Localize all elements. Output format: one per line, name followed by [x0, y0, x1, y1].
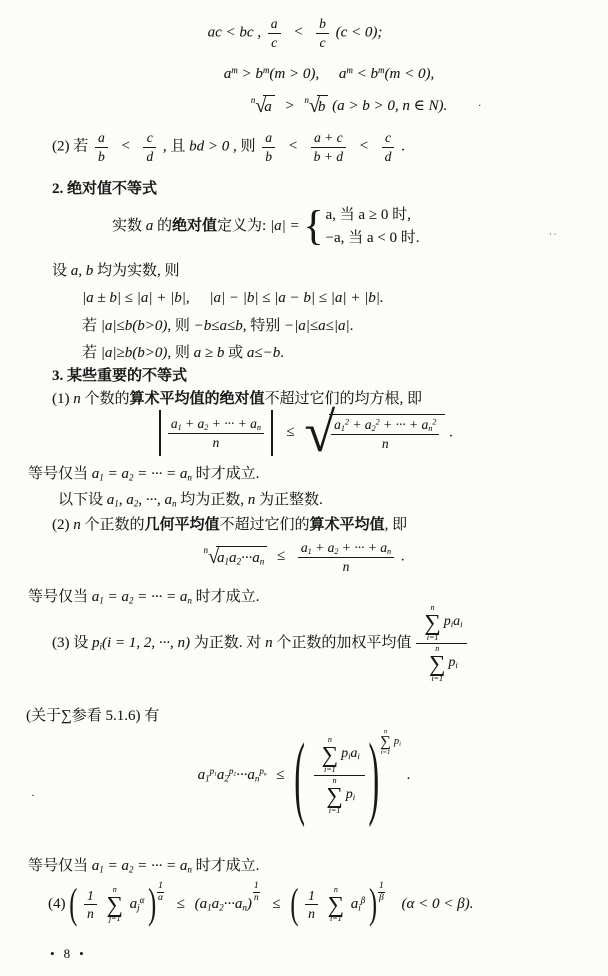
text: , 即 [385, 517, 408, 533]
text: 以下设 [58, 492, 107, 508]
book-page: ac < bc , ac < bc (c < 0); am > bm(m > 0… [0, 0, 608, 976]
item-label: (3) 设 [52, 635, 92, 651]
fraction: ab [262, 130, 275, 164]
emphasized-term: 算术平均值 [310, 517, 385, 533]
emphasized-term: 几何平均值 [145, 517, 220, 533]
period: . [280, 345, 284, 361]
formula-weighted-power-mean: a1p1a2p2···anpn ≤ ( n∑i=1piai n∑i=1pi )n… [0, 736, 608, 815]
variable: n [73, 391, 81, 407]
relation-symbol: < [121, 138, 131, 154]
sum-lower-limit: i=1 [324, 766, 336, 774]
sum-body: piai [444, 613, 463, 632]
summation: n∑i=1 [424, 604, 440, 642]
sum-body: aiβ [351, 896, 366, 912]
expr-text: |a| − |b| ≤ |a − b| ≤ |a| + |b|. [209, 290, 383, 306]
heading-text: 2. 绝对值不等式 [52, 181, 157, 197]
relation-symbol: < [293, 24, 303, 40]
expr-text: am > bm(m > 0), [224, 66, 319, 82]
text: 等号仅当 [28, 858, 92, 874]
right-paren-icon: ) [369, 884, 377, 926]
expr-text: am < bm(m < 0), [339, 66, 434, 82]
numerator: 1 [253, 881, 260, 893]
expr-text: (a1a2···an) [195, 896, 252, 912]
text: 实数 [112, 218, 146, 234]
denominator: β [379, 893, 384, 904]
text-let-a-b-real: 设 a, b 均为实数, 则 [52, 261, 180, 281]
condition-text: (α < 0 < β). [402, 896, 474, 912]
relation-symbol: < [359, 138, 369, 154]
summation: n∑i=1 [328, 886, 344, 924]
fraction: 1n [84, 888, 97, 922]
text: , 特别 [243, 318, 284, 334]
heading-text: 3. 某些重要的不等式 [52, 368, 187, 384]
text-arithmetic-mean-rms: (1) n 个数的算术平均值的绝对值不超过它们的均方根, 即 [52, 389, 422, 409]
sum-lower-limit: i=1 [381, 750, 390, 757]
text: 均为实数, 则 [93, 263, 179, 279]
text-assume-positive: 以下设 a1, a2, ···, an 均为正数, n 为正整数. [58, 490, 323, 510]
numerator: n∑i=1piai [314, 736, 365, 776]
expr-text: |a| = [270, 218, 300, 234]
sum-body: piai [341, 745, 360, 764]
expr-text: |a|≤b(b>0) [101, 318, 168, 334]
abs-bar [159, 410, 161, 456]
text: 定义为: [217, 218, 270, 234]
expr-text: |a ± b| ≤ |a| + |b|, [82, 290, 190, 306]
expr-text: (a > b > 0, n ∈ N). [332, 98, 447, 114]
numerator: n∑i=1piai [416, 604, 467, 644]
brace-icon: { [303, 204, 323, 250]
formula-triangle-inequality: |a ± b| ≤ |a| + |b|, |a| − |b| ≤ |a − b|… [82, 288, 384, 308]
right-paren-icon: ) [148, 884, 156, 926]
sum-body: pi [448, 654, 457, 673]
sigma-icon: ∑ [322, 744, 338, 766]
scan-speck: ·· [549, 230, 558, 239]
abs-bar [271, 410, 273, 456]
relation-symbol: < [288, 138, 298, 154]
section-heading-absolute-value: 2. 绝对值不等式 [52, 179, 157, 199]
formula-mediant-inequality: (2) 若 ab < cd , 且 bd > 0 , 则 ab < a + cb… [52, 130, 405, 164]
formula-power-mean-inequality: (4) ( 1n n∑j=1 ajα )1α ≤ (a1a2···an)1n ≤… [48, 881, 473, 923]
numerator: b [316, 16, 329, 34]
period: . [350, 318, 354, 334]
variable: n [73, 517, 81, 533]
summation: n∑i=1 [380, 729, 391, 756]
relation-symbol: ≤ [272, 896, 280, 912]
formula-sign-rule: ac < bc , ac < bc (c < 0); [0, 16, 608, 50]
sigma-icon: ∑ [61, 708, 72, 724]
text: 均为正数, [177, 492, 248, 508]
radicand: a [263, 95, 275, 117]
formula-powers: am > bm(m > 0), am < bm(m < 0), [0, 64, 608, 84]
denominator: c [316, 34, 329, 51]
period: . [449, 424, 453, 440]
exponent-fraction: 1α [157, 881, 164, 904]
expr-text: |a|≥b(b>0) [101, 345, 168, 361]
period: . [407, 767, 411, 783]
scan-speck: · [31, 790, 35, 802]
expr-text: a1 = a2 = ··· = an [92, 589, 192, 605]
fraction: a1 + a2 + ··· + ann [168, 416, 264, 450]
emphasized-term: 算术平均值的绝对值 [130, 391, 265, 407]
denominator: d [143, 148, 156, 165]
numerator: 1 [84, 888, 97, 906]
expr-text: −|a|≤a≤|a| [284, 318, 350, 334]
formula-abs-le: 若 |a|≤b(b>0), 则 −b≤a≤b, 特别 −|a|≤a≤|a|. [82, 316, 353, 336]
item-label: (2) 若 [52, 138, 88, 154]
nth-root: n√b [304, 98, 328, 114]
text: , 则 [167, 318, 193, 334]
radicand: a12 + a22 + ··· + an2n [329, 414, 445, 451]
sum-body: pi [346, 786, 355, 805]
denominator: n [168, 434, 264, 451]
expr-text: a1 = a2 = ··· = an [92, 858, 192, 874]
text: 等号仅当 [28, 466, 92, 482]
formula-absolute-value-definition: 实数 a 的绝对值定义为: |a| = {a, 当 a ≥ 0 时,−a, 当 … [112, 204, 420, 249]
footer-dot: • [50, 946, 55, 961]
text: 等号仅当 [28, 589, 92, 605]
text: 个正数的加权平均值 [273, 635, 412, 651]
sigma-icon: ∑ [429, 653, 445, 675]
scan-speck: · [478, 101, 481, 112]
numerator: a1 + a2 + ··· + an [168, 416, 264, 434]
fraction: a12 + a22 + ··· + an2n [331, 417, 439, 451]
expr-text: a ≥ b [194, 345, 225, 361]
summation: n∑i=1 [429, 645, 445, 683]
expr-text: (c < 0); [336, 24, 383, 40]
fraction: cd [143, 130, 156, 164]
footer-number: 8 [64, 946, 71, 961]
text: 若 [82, 345, 101, 361]
numerator: a [262, 130, 275, 148]
sum-lower-limit: i=1 [330, 915, 342, 923]
sigma-icon: ∑ [326, 785, 342, 807]
item-label: (4) [48, 896, 66, 912]
text: 个正数的 [81, 517, 145, 533]
item-label: (1) [52, 391, 73, 407]
exponent-fraction: 1β [378, 881, 385, 904]
text: 参看 5.1.6) 有 [72, 708, 160, 724]
expr-text: −b≤a≤b [194, 318, 243, 334]
formula-abs-ge: 若 |a|≥b(b>0), 则 a ≥ b 或 a≤−b. [82, 343, 284, 363]
numerator: 1 [157, 881, 164, 893]
fraction: bc [316, 16, 329, 50]
variable: n [265, 635, 273, 651]
nth-root: n√a [251, 98, 275, 114]
numerator: c [382, 130, 395, 148]
numerator: a12 + a22 + ··· + an2 [331, 417, 439, 435]
denominator: n∑i=1pi [323, 776, 355, 815]
text: 不超过它们的 [220, 517, 310, 533]
sigma-icon: ∑ [328, 894, 344, 916]
exponent-fraction: 1n [253, 881, 260, 904]
fraction: ab [95, 130, 108, 164]
weighted-mean-fraction: n∑i=1piai n∑i=1pi [314, 736, 365, 815]
fraction: ac [268, 16, 281, 50]
denominator: n [331, 435, 439, 452]
page-number: •8• [50, 945, 84, 963]
text-run: (3) 设 pi(i = 1, 2, ···, n) 为正数. 对 n 个正数的… [52, 633, 411, 653]
denominator: c [268, 34, 281, 51]
text: 或 [224, 345, 247, 361]
text: (关于 [26, 708, 61, 724]
expr-text: a≤−b [247, 345, 280, 361]
period: . [401, 548, 405, 564]
relation-symbol: ≤ [277, 548, 285, 564]
numerator: a [268, 16, 281, 34]
denominator: n [84, 905, 97, 922]
numerator: a1 + a2 + ··· + an [298, 540, 394, 558]
expr-text: a1p1a2p2···anpn [198, 767, 267, 783]
formula-gm-am: n√a1a2···an ≤ a1 + a2 + ··· + ann . [0, 540, 608, 574]
text-weighted-mean: (3) 设 pi(i = 1, 2, ···, n) 为正数. 对 n 个正数的… [52, 604, 600, 683]
relation-symbol: ≤ [286, 424, 294, 440]
expr-text: bd > 0 [189, 138, 229, 154]
period: . [401, 138, 405, 154]
sum-body: ajα [130, 896, 145, 912]
sum-lower-limit: i=1 [329, 807, 341, 815]
text: 为正整数. [255, 492, 323, 508]
left-paren-icon: ( [69, 884, 77, 926]
relation-symbol: ≤ [177, 896, 185, 912]
sigma-icon: ∑ [380, 735, 391, 749]
text: 个数的 [81, 391, 130, 407]
radicand: b [317, 95, 329, 117]
text-gm-am: (2) n 个正数的几何平均值不超过它们的算术平均值, 即 [52, 515, 407, 535]
fraction: a + cb + d [311, 130, 346, 164]
text-equality-condition: 等号仅当 a1 = a2 = ··· = an 时才成立. [28, 464, 259, 484]
denominator: n [254, 893, 259, 904]
denominator: b + d [311, 148, 346, 165]
numerator: 1 [305, 888, 318, 906]
fraction: 1n [305, 888, 318, 922]
case-row: −a, 当 a < 0 时. [326, 227, 420, 250]
text: 时才成立. [192, 466, 260, 482]
footer-dot: • [79, 946, 84, 961]
text: 的 [153, 218, 172, 234]
text: 不超过它们的均方根, 即 [265, 391, 423, 407]
sum-lower-limit: j=1 [109, 915, 121, 923]
text: 为正数. 对 [190, 635, 265, 651]
formula-roots: n√a > n√b (a > b > 0, n ∈ N). [0, 93, 608, 120]
expr-text: pi(i = 1, 2, ···, n) [92, 635, 190, 651]
numerator: a [95, 130, 108, 148]
fraction: a1 + a2 + ··· + ann [298, 540, 394, 574]
text: , 则 [233, 138, 256, 154]
summation: n∑j=1 [107, 886, 123, 924]
left-paren-icon: ( [290, 884, 298, 926]
relation-symbol: > [285, 98, 295, 114]
denominator: b [95, 148, 108, 165]
weighted-mean-fraction: n∑i=1piai n∑i=1pi [416, 604, 467, 683]
section-heading-important-inequalities: 3. 某些重要的不等式 [52, 366, 187, 386]
text: 若 [82, 318, 101, 334]
exponent-sum: n∑i=1pi [377, 729, 401, 756]
numerator: 1 [378, 881, 385, 893]
denominator: b [262, 148, 275, 165]
text: 设 [52, 263, 71, 279]
text: 时才成立. [192, 858, 260, 874]
expr-text: a, b [71, 263, 94, 279]
denominator: n [305, 905, 318, 922]
text-equality-condition: 等号仅当 a1 = a2 = ··· = an 时才成立. [28, 856, 259, 876]
denominator: n [298, 558, 394, 575]
denominator: α [158, 893, 163, 904]
numerator: a + c [311, 130, 346, 148]
radicand: a1a2···an [216, 546, 267, 568]
relation-symbol: ≤ [276, 767, 284, 783]
text: 时才成立. [192, 589, 260, 605]
numerator: c [143, 130, 156, 148]
denominator: d [382, 148, 395, 165]
text-sigma-reference: (关于∑参看 5.1.6) 有 [26, 706, 159, 726]
expr-text: a1 = a2 = ··· = an [92, 466, 192, 482]
case-list: a, 当 a ≥ 0 时,−a, 当 a < 0 时. [326, 204, 420, 249]
summation: n∑i=1 [326, 777, 342, 815]
sum-lower-limit: i=1 [427, 634, 439, 642]
emphasized-term: 绝对值 [172, 218, 217, 234]
text: , 则 [167, 345, 193, 361]
sigma-icon: ∑ [107, 894, 123, 916]
sigma-icon: ∑ [424, 612, 440, 634]
sum-lower-limit: i=1 [431, 675, 443, 683]
denominator: n∑i=1pi [426, 644, 458, 683]
expr-text: ac < bc , [208, 24, 261, 40]
left-paren-icon: ( [294, 729, 305, 822]
nth-root: n√a1a2···an [203, 548, 267, 564]
summation: n∑i=1 [322, 736, 338, 774]
item-label: (2) [52, 517, 73, 533]
fraction: cd [382, 130, 395, 164]
text: , 且 [163, 138, 186, 154]
formula-mean-rms: a1 + a2 + ··· + ann ≤ √a12 + a22 + ··· +… [0, 410, 608, 456]
sum-body: pi [394, 735, 401, 749]
expr-text: a1, a2, ···, an [107, 492, 177, 508]
case-row: a, 当 a ≥ 0 时, [326, 204, 420, 227]
